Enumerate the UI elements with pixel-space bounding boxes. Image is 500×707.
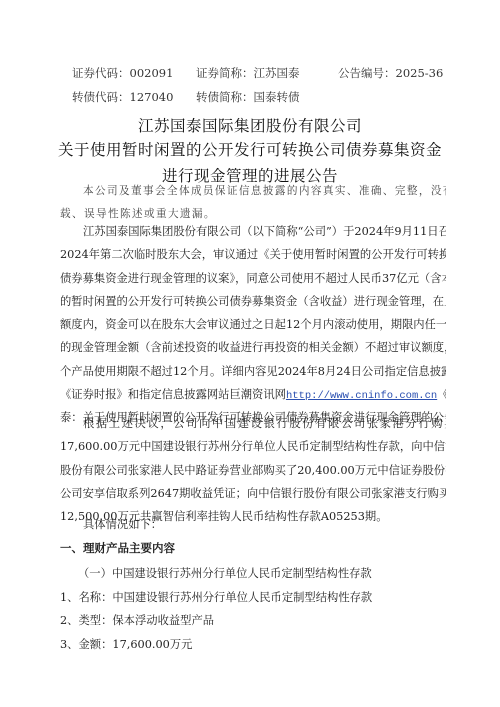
detail-item-type: 2、类型：保本浮动收益型产品: [60, 612, 214, 628]
paragraph-line: 江苏国泰国际集团股份有限公司（以下简称“公司”）于2024年9月11日召开: [60, 220, 446, 243]
paragraph-line: 17,600.00万元中国建设银行苏州分行单位人民币定制型结构性存款，向中信证券: [60, 435, 446, 458]
paragraph-text: 《江苏国: [437, 388, 446, 401]
document-page: 证券代码：002091 证券简称：江苏国泰 公告编号：2025-36 转债代码：…: [0, 0, 500, 707]
section-heading: 一、理财产品主要内容: [60, 540, 175, 556]
bond-code: 转债代码：127040: [72, 89, 173, 105]
paragraph-line: 个产品使用期限不超过12个月。详细内容见2024年8月24日公司指定信息披露报纸: [60, 360, 446, 383]
paragraph-line: 额度内，资金可以在股东大会审议通过之日起12个月内滚动使用，期限内任一时点: [60, 313, 446, 336]
paragraph-line: 的现金管理金额（含前述投资的收益进行再投资的相关金额）不超过审议额度，单: [60, 336, 446, 359]
paragraph-line: 公司安享信取系列2647期收益凭证；向中信银行股份有限公司张家港支行购买了: [60, 482, 446, 505]
paragraph-line: 《证券时报》和指定信息披露网站巨潮资讯网http://www.cninfo.co…: [60, 383, 446, 406]
details-intro: 具体情况如下：: [83, 516, 162, 532]
paragraph-line: 2024年第二次临时股东大会，审议通过《关于使用暂时闲置的公开发行可转换公司: [60, 243, 446, 266]
paragraph-line: 股份有限公司张家港人民中路证券营业部购买了20,400.00万元中信证券股份有限: [60, 459, 446, 482]
announcement-number: 公告编号：2025-36: [338, 65, 443, 81]
paragraph-text: 《证券时报》和指定信息披露网站巨潮资讯网: [60, 388, 286, 401]
company-title: 江苏国泰国际集团股份有限公司: [0, 114, 500, 136]
bond-name: 转债简称：国泰转债: [196, 89, 300, 105]
detail-item-amount: 3、金额：17,600.00万元: [60, 636, 192, 652]
cninfo-link[interactable]: http://www.cninfo.com.cn: [286, 390, 437, 402]
paragraph-line: 的暂时闲置的公开发行可转换公司债券募集资金（含收益）进行现金管理，在上述: [60, 290, 446, 313]
paragraph-purchases: 根据上述决议，公司向中国建设银行股份有限公司张家港分行购买了 17,600.00…: [60, 412, 446, 528]
stock-name: 证券简称：江苏国泰: [196, 65, 300, 81]
paragraph-line: 根据上述决议，公司向中国建设银行股份有限公司张家港分行购买了: [60, 412, 446, 435]
paragraph-background: 江苏国泰国际集团股份有限公司（以下简称“公司”）于2024年9月11日召开 20…: [60, 220, 446, 430]
paragraph-line: 债券募集资金进行现金管理的议案》，同意公司使用不超过人民币37亿元（含本数）: [60, 267, 446, 290]
subsection-heading: （一）中国建设银行苏州分行单位人民币定制型结构性存款: [78, 565, 372, 581]
detail-item-name: 1、名称：中国建设银行苏州分行单位人民币定制型结构性存款: [60, 589, 372, 605]
notice-line: 本公司及董事会全体成员保证信息披露的内容真实、准确、完整，没有虚假记: [60, 180, 446, 203]
announcement-title-line1: 关于使用暂时闲置的公开发行可转换公司债券募集资金: [0, 138, 500, 160]
stock-code: 证券代码：002091: [72, 65, 173, 81]
